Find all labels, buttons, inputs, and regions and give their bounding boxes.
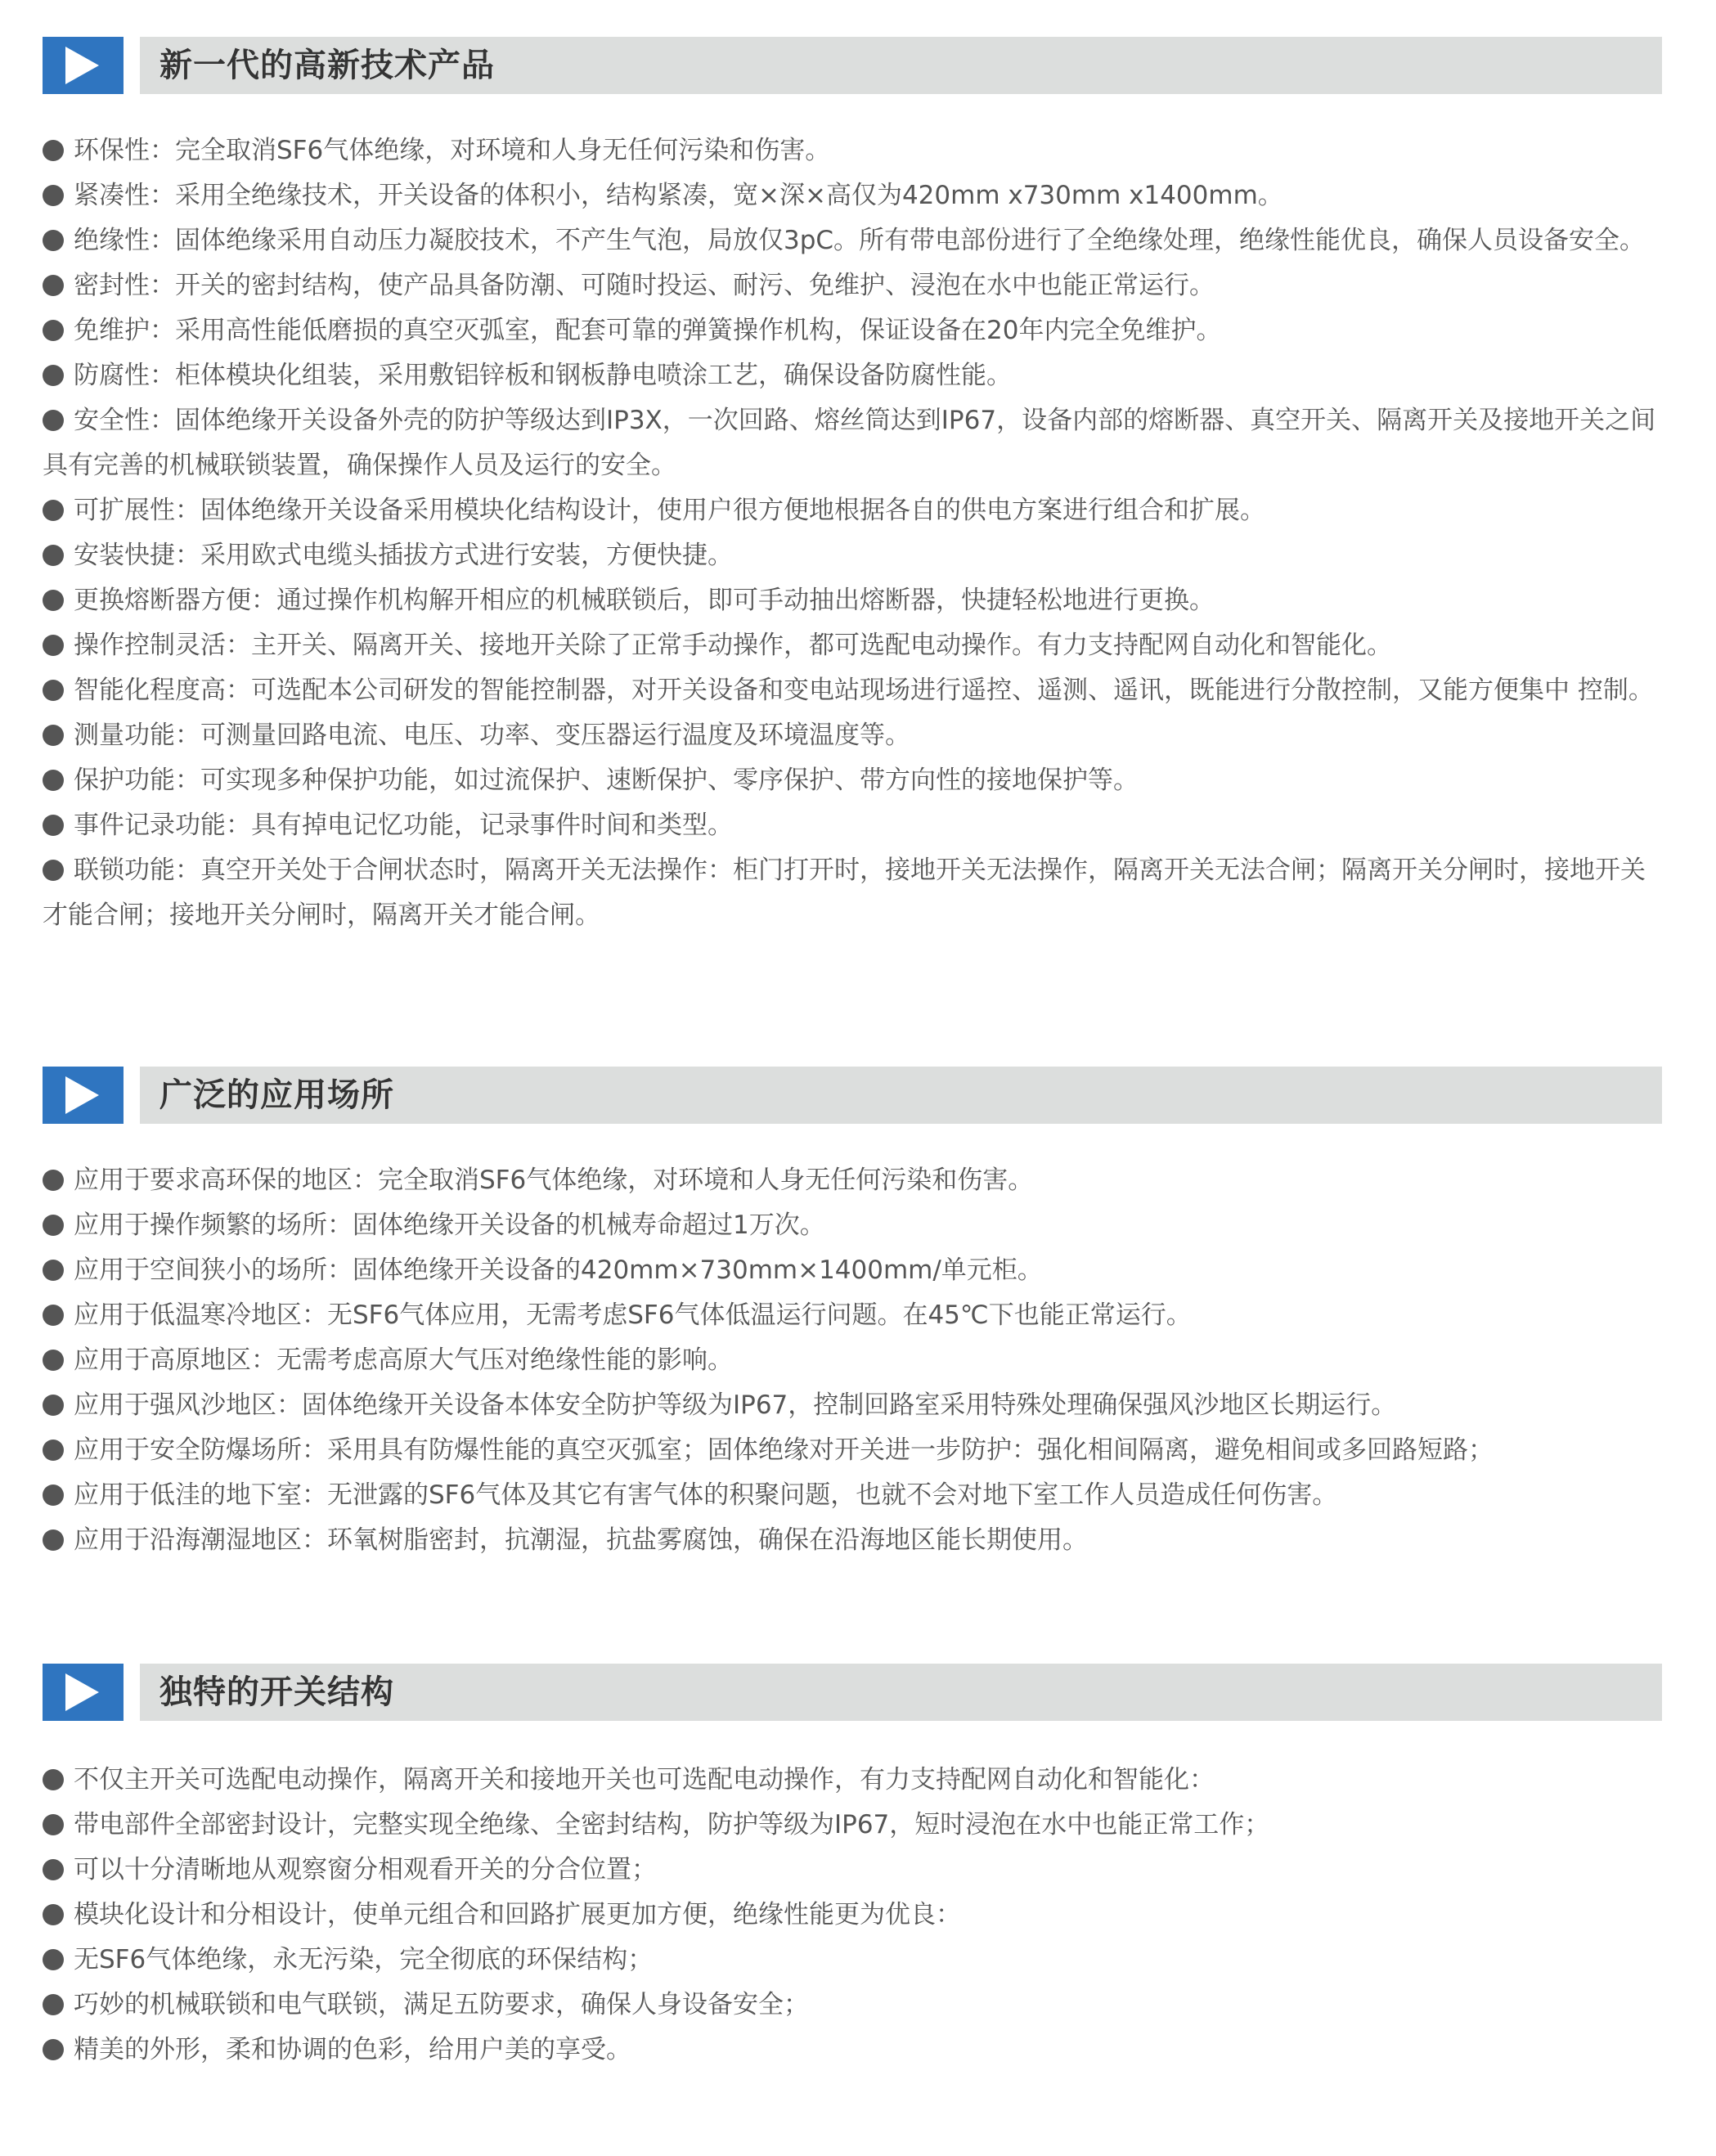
bullet-icon — [43, 635, 64, 656]
item-text: 环保性：完全取消SF6气体绝缘，对环境和人身无任何污染和伤害。 — [74, 136, 830, 165]
section-applications: 广泛的应用场所 应用于要求高环保的地区：完全取消SF6气体绝缘，对环境和人身无任… — [0, 1067, 1716, 1529]
list-item: 防腐性：柜体模块化组装，采用敷铝锌板和钢板静电喷涂工艺，确保设备防腐性能。 — [43, 353, 1670, 398]
bullet-icon — [43, 1904, 64, 1925]
item-text: 测量功能：可测量回路电流、电压、功率、变压器运行温度及环境温度等。 — [74, 721, 910, 750]
item-text: 更换熔断器方便：通过操作机构解开相应的机械联锁后，即可手动抽出熔断器，快捷轻松地… — [74, 586, 1215, 615]
bullet-icon — [43, 680, 64, 701]
item-text: 巧妙的机械联锁和电气联锁，满足五防要求，确保人身设备安全； — [74, 1990, 809, 2019]
item-text: 保护功能：可实现多种保护功能，如过流保护、速断保护、零序保护、带方向性的接地保护… — [74, 766, 1139, 795]
bullet-icon — [43, 185, 64, 206]
section-title: 广泛的应用场所 — [159, 1067, 394, 1124]
item-text: 智能化程度高：可选配本公司研发的智能控制器，对开关设备和变电站现场进行遥控、遥测… — [74, 676, 1654, 705]
section-title: 独特的开关结构 — [159, 1664, 394, 1721]
list-item: 环保性：完全取消SF6气体绝缘，对环境和人身无任何污染和伤害。 — [43, 128, 1670, 173]
list-item: 可以十分清晰地从观察窗分相观看开关的分合位置； — [43, 1848, 1670, 1893]
list-item: 巧妙的机械联锁和电气联锁，满足五防要求，确保人身设备安全； — [43, 1983, 1670, 2028]
bullet-icon — [43, 1305, 64, 1326]
item-text: 可以十分清晰地从观察窗分相观看开关的分合位置； — [74, 1855, 657, 1884]
bullet-icon — [43, 770, 64, 791]
bullet-icon — [43, 1949, 64, 1970]
list-item: 应用于安全防爆场所：采用具有防爆性能的真空灭弧室；固体绝缘对开关进一步防护：强化… — [43, 1428, 1670, 1473]
item-text: 无SF6气体绝缘，永无污染，完全彻底的环保结构； — [74, 1945, 653, 1974]
item-text: 应用于沿海潮湿地区：环氧树脂密封，抗潮湿，抗盐雾腐蚀，确保在沿海地区能长期使用。 — [74, 1525, 1088, 1555]
list-item: 精美的外形，柔和协调的色彩，给用户美的享受。 — [43, 2028, 1670, 2073]
item-text: 带电部件全部密封设计，完整实现全绝缘、全密封结构，防护等级为IP67，短时浸泡在… — [74, 1810, 1269, 1839]
structure-list: 不仅主开关可选配电动操作，隔离开关和接地开关也可选配电动操作，有力支持配网自动化… — [43, 1758, 1670, 2073]
list-item: 可扩展性：固体绝缘开关设备采用模块化结构设计，使用户很方便地根据各自的供电方案进… — [43, 488, 1670, 533]
item-text: 免维护：采用高性能低磨损的真空灭弧室，配套可靠的弹簧操作机构，保证设备在20年内… — [74, 316, 1221, 345]
item-text: 防腐性：柜体模块化组装，采用敷铝锌板和钢板静电喷涂工艺，确保设备防腐性能。 — [74, 361, 1012, 390]
bullet-icon — [43, 1260, 64, 1281]
section-header: 新一代的高新技术产品 — [0, 37, 1716, 94]
section-new-tech-product: 新一代的高新技术产品 环保性：完全取消SF6气体绝缘，对环境和人身无任何污染和伤… — [0, 37, 1716, 904]
header-bar: 广泛的应用场所 — [140, 1067, 1662, 1124]
list-item: 不仅主开关可选配电动操作，隔离开关和接地开关也可选配电动操作，有力支持配网自动化… — [43, 1758, 1670, 1803]
bullet-icon — [43, 1170, 64, 1191]
bullet-icon — [43, 1350, 64, 1371]
item-text: 安装快捷：采用欧式电缆头插拔方式进行安装，方便快捷。 — [74, 541, 733, 570]
bullet-icon — [43, 1440, 64, 1461]
list-item: 应用于沿海潮湿地区：环氧树脂密封，抗潮湿，抗盐雾腐蚀，确保在沿海地区能长期使用。 — [43, 1518, 1670, 1563]
list-item: 无SF6气体绝缘，永无污染，完全彻底的环保结构； — [43, 1938, 1670, 1983]
bullet-icon — [43, 410, 64, 431]
list-item: 应用于要求高环保的地区：完全取消SF6气体绝缘，对环境和人身无任何污染和伤害。 — [43, 1158, 1670, 1203]
bullet-icon — [43, 1814, 64, 1835]
bullet-icon — [43, 500, 64, 521]
list-item: 应用于低洼的地下室：无泄露的SF6气体及其它有害气体的积聚问题，也就不会对地下室… — [43, 1473, 1670, 1518]
bullet-icon — [43, 1994, 64, 2015]
bullet-icon — [43, 140, 64, 161]
section-switch-structure: 独特的开关结构 不仅主开关可选配电动操作，隔离开关和接地开关也可选配电动操作，有… — [0, 1664, 1716, 2036]
list-item: 智能化程度高：可选配本公司研发的智能控制器，对开关设备和变电站现场进行遥控、遥测… — [43, 668, 1670, 713]
play-triangle-icon — [65, 47, 99, 84]
item-text: 精美的外形，柔和协调的色彩，给用户美的享受。 — [74, 2035, 631, 2064]
item-text: 应用于强风沙地区：固体绝缘开关设备本体安全防护等级为IP67，控制回路室采用特殊… — [74, 1390, 1396, 1420]
feature-list: 环保性：完全取消SF6气体绝缘，对环境和人身无任何污染和伤害。 紧凑性：采用全绝… — [43, 128, 1670, 938]
bullet-icon — [43, 320, 64, 341]
section-header: 广泛的应用场所 — [0, 1067, 1716, 1124]
bullet-icon — [43, 275, 64, 296]
header-badge — [43, 37, 124, 94]
list-item: 应用于高原地区：无需考虑高原大气压对绝缘性能的影响。 — [43, 1338, 1670, 1383]
item-text: 紧凑性：采用全绝缘技术，开关设备的体积小，结构紧凑，宽×深×高仅为420mm x… — [74, 181, 1283, 210]
bullet-icon — [43, 230, 64, 251]
list-item: 密封性：开关的密封结构，使产品具备防潮、可随时投运、耐污、免维护、浸泡在水中也能… — [43, 263, 1670, 308]
item-text: 应用于要求高环保的地区：完全取消SF6气体绝缘，对环境和人身无任何污染和伤害。 — [74, 1166, 1033, 1195]
item-text: 应用于操作频繁的场所：固体绝缘开关设备的机械寿命超过1万次。 — [74, 1211, 825, 1240]
header-badge — [43, 1067, 124, 1124]
list-item: 绝缘性：固体绝缘采用自动压力凝胶技术，不产生气泡，局放仅3pC。所有带电部份进行… — [43, 218, 1670, 263]
header-bar: 独特的开关结构 — [140, 1664, 1662, 1721]
play-triangle-icon — [65, 1673, 99, 1711]
list-item: 带电部件全部密封设计，完整实现全绝缘、全密封结构，防护等级为IP67，短时浸泡在… — [43, 1803, 1670, 1848]
bullet-icon — [43, 365, 64, 386]
bullet-icon — [43, 1859, 64, 1880]
list-item: 模块化设计和分相设计，使单元组合和回路扩展更加方便，绝缘性能更为优良： — [43, 1893, 1670, 1938]
list-item: 测量功能：可测量回路电流、电压、功率、变压器运行温度及环境温度等。 — [43, 713, 1670, 758]
application-list: 应用于要求高环保的地区：完全取消SF6气体绝缘，对环境和人身无任何污染和伤害。 … — [43, 1158, 1670, 1563]
list-item: 联锁功能：真空开关处于合闸状态时，隔离开关无法操作：柜门打开时，接地开关无法操作… — [43, 848, 1670, 938]
list-item: 安装快捷：采用欧式电缆头插拔方式进行安装，方便快捷。 — [43, 533, 1670, 578]
bullet-icon — [43, 1529, 64, 1551]
bullet-icon — [43, 2039, 64, 2060]
list-item: 免维护：采用高性能低磨损的真空灭弧室，配套可靠的弹簧操作机构，保证设备在20年内… — [43, 308, 1670, 353]
item-text: 绝缘性：固体绝缘采用自动压力凝胶技术，不产生气泡，局放仅3pC。所有带电部份进行… — [74, 226, 1645, 255]
bullet-icon — [43, 590, 64, 611]
header-badge — [43, 1664, 124, 1721]
item-text: 不仅主开关可选配电动操作，隔离开关和接地开关也可选配电动操作，有力支持配网自动化… — [74, 1765, 1215, 1794]
item-text: 安全性：固体绝缘开关设备外壳的防护等级达到IP3X，一次回路、熔丝筒达到IP67… — [43, 406, 1655, 480]
section-title: 新一代的高新技术产品 — [159, 37, 495, 94]
bullet-icon — [43, 815, 64, 836]
item-text: 应用于低温寒冷地区：无SF6气体应用，无需考虑SF6气体低温运行问题。在45℃下… — [74, 1300, 1192, 1330]
item-text: 事件记录功能：具有掉电记忆功能，记录事件时间和类型。 — [74, 811, 733, 840]
item-text: 联锁功能：真空开关处于合闸状态时，隔离开关无法操作：柜门打开时，接地开关无法操作… — [43, 856, 1646, 930]
item-text: 应用于高原地区：无需考虑高原大气压对绝缘性能的影响。 — [74, 1345, 733, 1375]
item-text: 模块化设计和分相设计，使单元组合和回路扩展更加方便，绝缘性能更为优良： — [74, 1900, 961, 1929]
header-bar: 新一代的高新技术产品 — [140, 37, 1662, 94]
bullet-icon — [43, 1215, 64, 1236]
item-text: 应用于空间狭小的场所：固体绝缘开关设备的420mm×730mm×1400mm/单… — [74, 1255, 1043, 1285]
play-triangle-icon — [65, 1076, 99, 1114]
list-item: 应用于强风沙地区：固体绝缘开关设备本体安全防护等级为IP67，控制回路室采用特殊… — [43, 1383, 1670, 1428]
bullet-icon — [43, 545, 64, 566]
item-text: 应用于安全防爆场所：采用具有防爆性能的真空灭弧室；固体绝缘对开关进一步防护：强化… — [74, 1435, 1494, 1465]
list-item: 事件记录功能：具有掉电记忆功能，记录事件时间和类型。 — [43, 803, 1670, 848]
bullet-icon — [43, 1769, 64, 1790]
item-text: 操作控制灵活：主开关、隔离开关、接地开关除了正常手动操作，都可选配电动操作。有力… — [74, 631, 1392, 660]
item-text: 密封性：开关的密封结构，使产品具备防潮、可随时投运、耐污、免维护、浸泡在水中也能… — [74, 271, 1215, 300]
list-item: 应用于空间狭小的场所：固体绝缘开关设备的420mm×730mm×1400mm/单… — [43, 1248, 1670, 1293]
item-text: 可扩展性：固体绝缘开关设备采用模块化结构设计，使用户很方便地根据各自的供电方案进… — [74, 496, 1265, 525]
list-item: 紧凑性：采用全绝缘技术，开关设备的体积小，结构紧凑，宽×深×高仅为420mm x… — [43, 173, 1670, 218]
list-item: 应用于低温寒冷地区：无SF6气体应用，无需考虑SF6气体低温运行问题。在45℃下… — [43, 1293, 1670, 1338]
bullet-icon — [43, 860, 64, 881]
bullet-icon — [43, 1484, 64, 1506]
list-item: 操作控制灵活：主开关、隔离开关、接地开关除了正常手动操作，都可选配电动操作。有力… — [43, 623, 1670, 668]
list-item: 安全性：固体绝缘开关设备外壳的防护等级达到IP3X，一次回路、熔丝筒达到IP67… — [43, 398, 1670, 488]
list-item: 保护功能：可实现多种保护功能，如过流保护、速断保护、零序保护、带方向性的接地保护… — [43, 758, 1670, 803]
list-item: 更换熔断器方便：通过操作机构解开相应的机械联锁后，即可手动抽出熔断器，快捷轻松地… — [43, 578, 1670, 623]
bullet-icon — [43, 1395, 64, 1416]
item-text: 应用于低洼的地下室：无泄露的SF6气体及其它有害气体的积聚问题，也就不会对地下室… — [74, 1480, 1337, 1510]
list-item: 应用于操作频繁的场所：固体绝缘开关设备的机械寿命超过1万次。 — [43, 1203, 1670, 1248]
section-header: 独特的开关结构 — [0, 1664, 1716, 1721]
bullet-icon — [43, 725, 64, 746]
